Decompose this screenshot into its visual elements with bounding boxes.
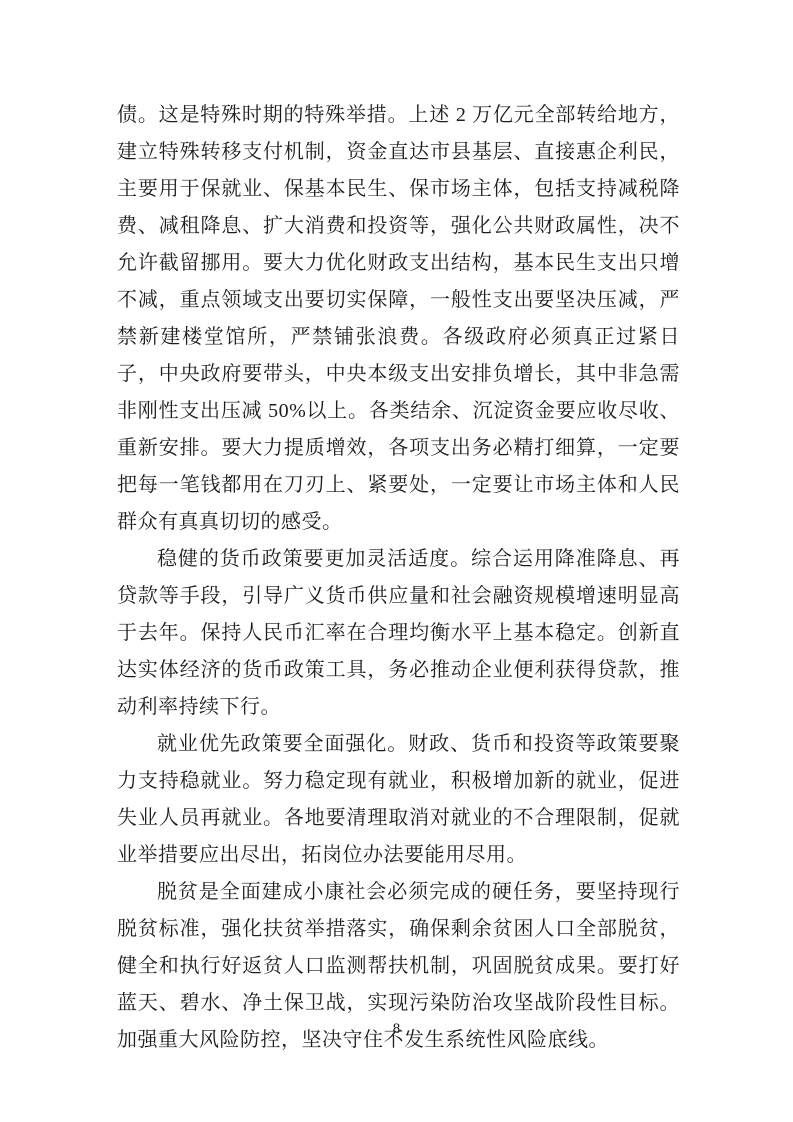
paragraph-employment-policy: 就业优先政策要全面强化。财政、货币和投资等政策要聚力支持稳就业。努力稳定现有就业… [117, 726, 680, 874]
body-text: 债。这是特殊时期的特殊举措。上述 2 万亿元全部转给地方，建立特殊转移支付机制，… [117, 97, 680, 1059]
page-number: 8 [0, 1020, 793, 1038]
paragraph-monetary-policy: 稳健的货币政策要更加灵活适度。综合运用降准降息、再贷款等手段，引导广义货币供应量… [117, 541, 680, 726]
document-page: 债。这是特殊时期的特殊举措。上述 2 万亿元全部转给地方，建立特殊转移支付机制，… [0, 0, 793, 1122]
paragraph-continuation: 债。这是特殊时期的特殊举措。上述 2 万亿元全部转给地方，建立特殊转移支付机制，… [117, 97, 680, 541]
